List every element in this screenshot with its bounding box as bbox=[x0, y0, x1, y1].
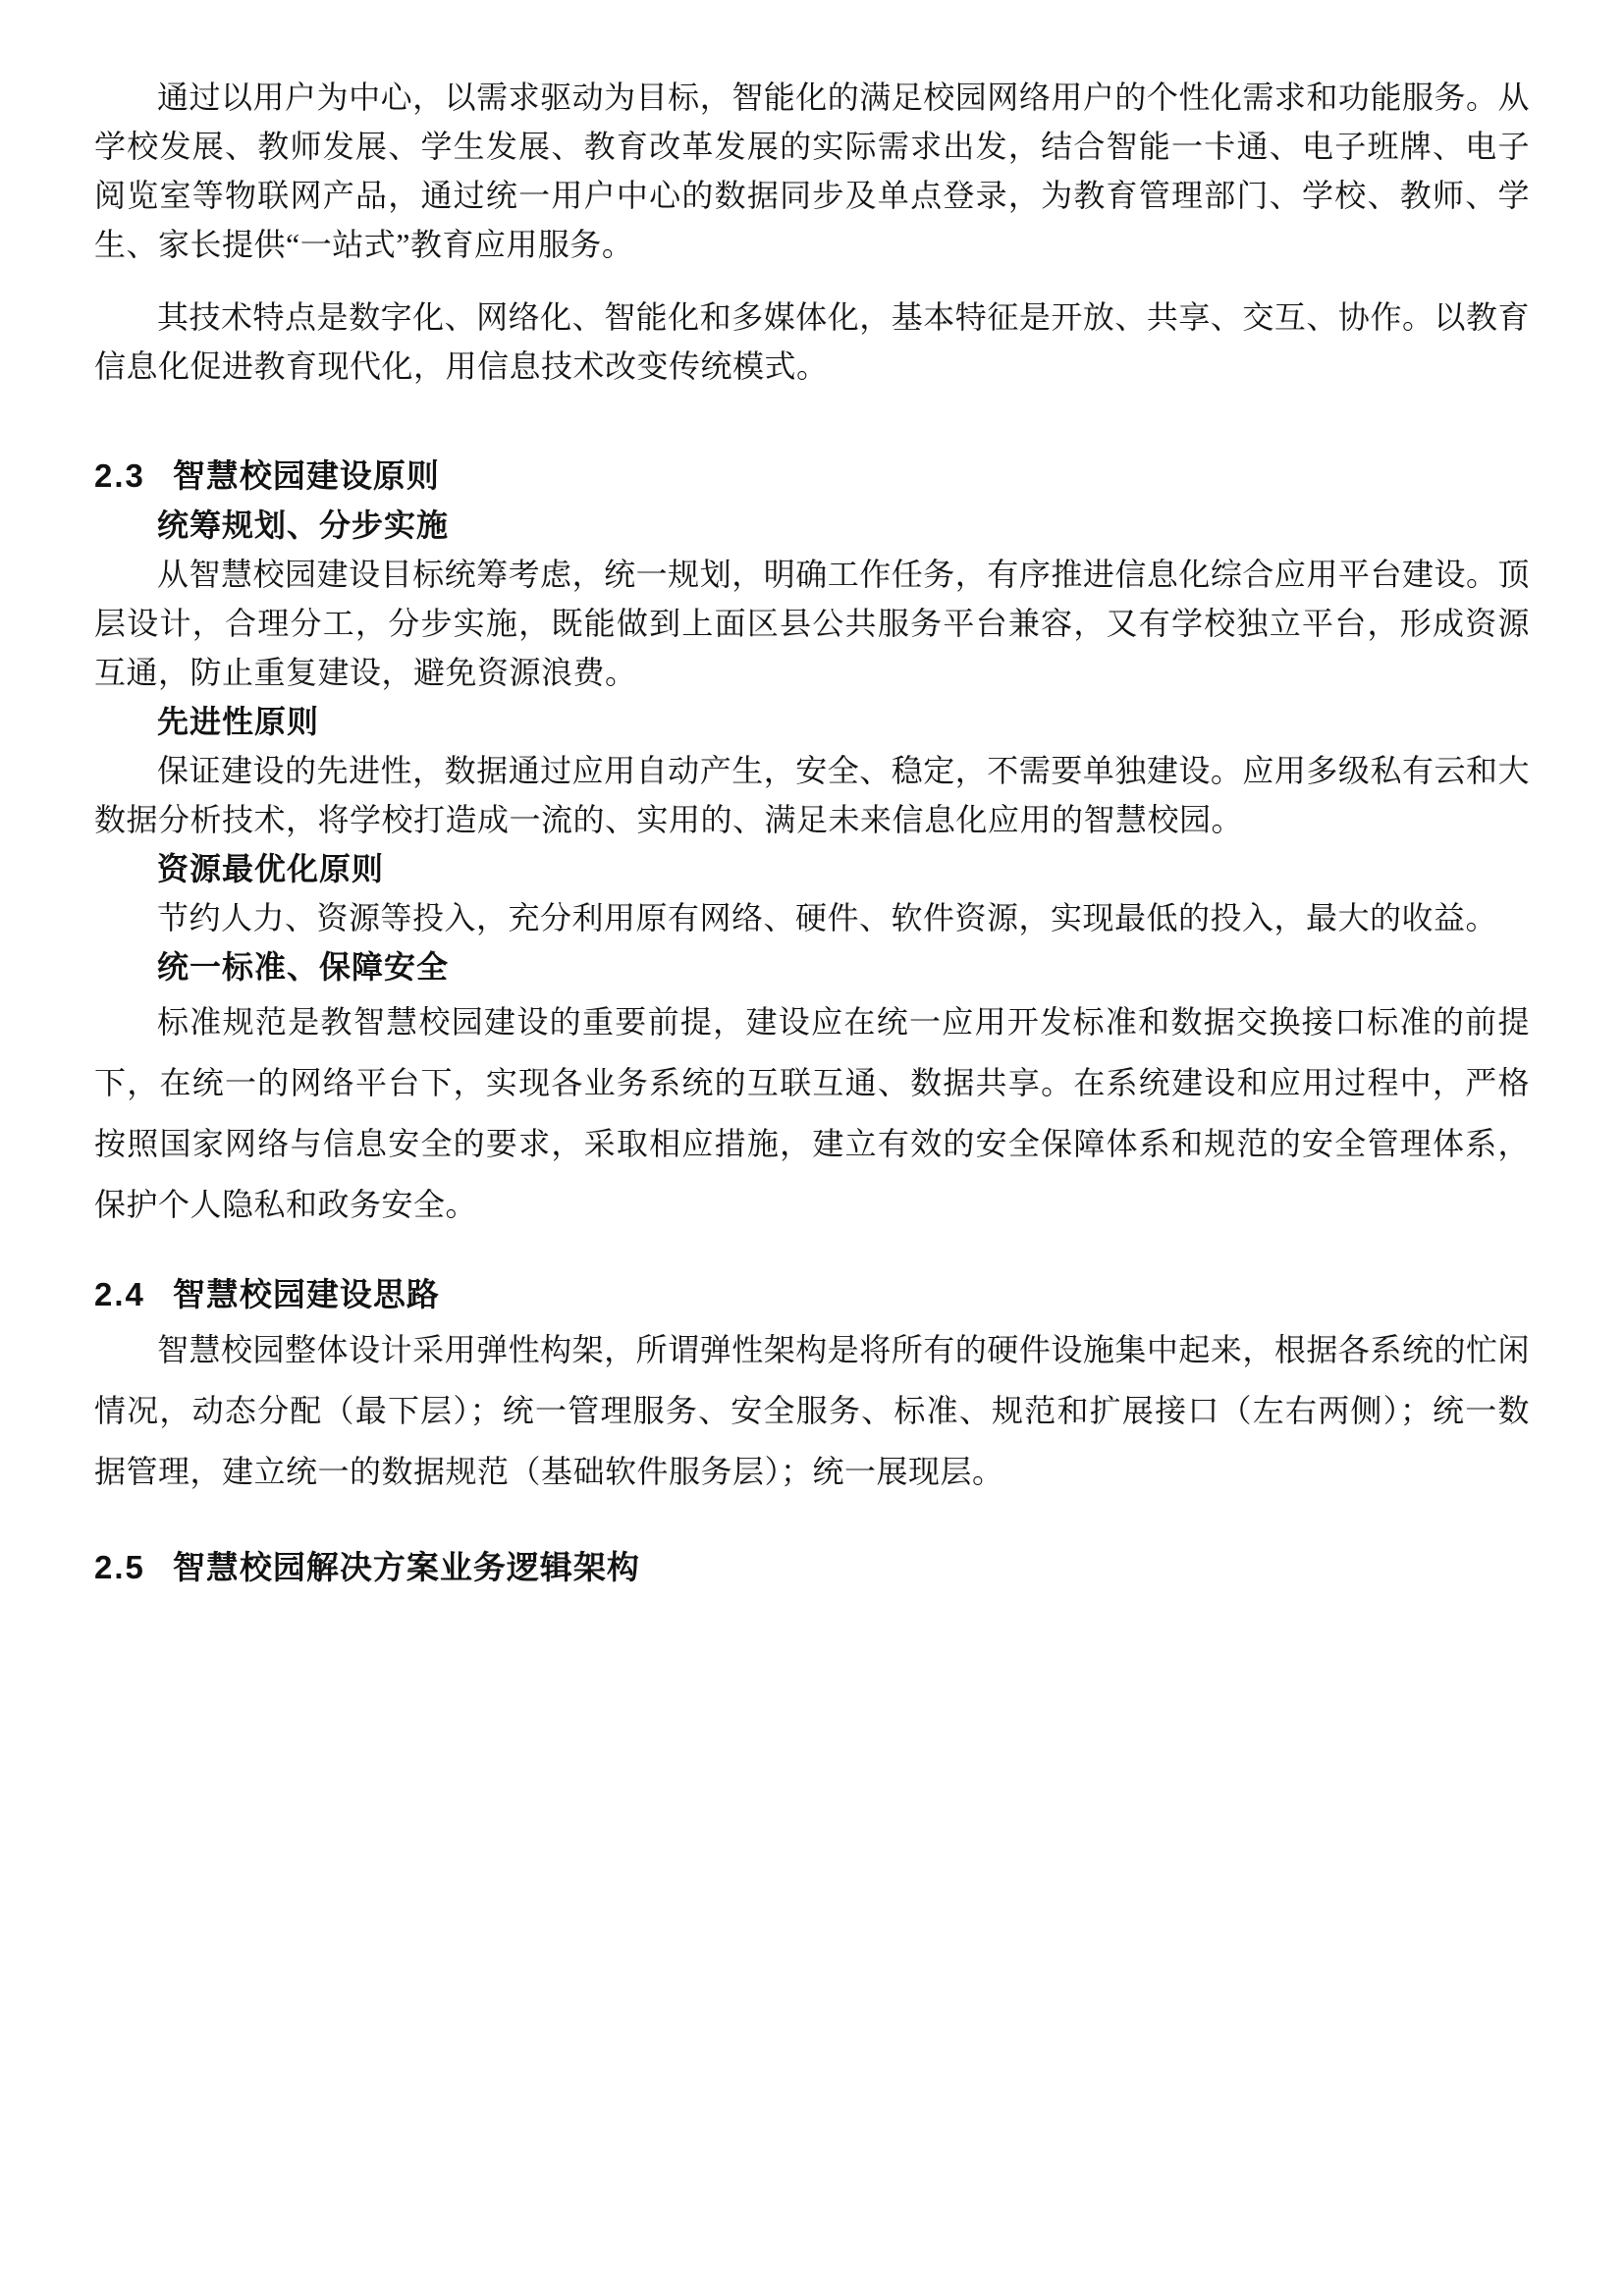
subheading-unified-standards-security: 统一标准、保障安全 bbox=[157, 942, 1530, 991]
section-2-4-number: 2.4 bbox=[94, 1270, 145, 1319]
paragraph-resource-optimization: 节约人力、资源等投入，充分利用原有网络、硬件、软件资源，实现最低的投入，最大的收… bbox=[94, 893, 1530, 942]
section-2-4-heading: 2.4智慧校园建设思路 bbox=[94, 1270, 1530, 1319]
section-2-3-heading: 2.3智慧校园建设原则 bbox=[94, 452, 1530, 501]
section-2-3-title: 智慧校园建设原则 bbox=[173, 457, 440, 494]
document-page: 通过以用户为中心，以需求驱动为目标，智能化的满足校园网络用户的个性化需求和功能服… bbox=[0, 0, 1624, 2296]
subheading-resource-optimization: 资源最优化原则 bbox=[157, 844, 1530, 893]
section-2-4-title: 智慧校园建设思路 bbox=[173, 1276, 440, 1312]
intro-paragraph-2: 其技术特点是数字化、网络化、智能化和多媒体化，基本特征是开放、共享、交互、协作。… bbox=[94, 293, 1530, 391]
section-2-5-number: 2.5 bbox=[94, 1543, 145, 1592]
subheading-planning-implementation: 统筹规划、分步实施 bbox=[157, 501, 1530, 550]
section-2-5-title: 智慧校园解决方案业务逻辑架构 bbox=[173, 1549, 640, 1585]
paragraph-planning-implementation: 从智慧校园建设目标统筹考虑，统一规划，明确工作任务，有序推进信息化综合应用平台建… bbox=[94, 550, 1530, 697]
subheading-advancement-principle: 先进性原则 bbox=[157, 697, 1530, 746]
section-2-5-heading: 2.5智慧校园解决方案业务逻辑架构 bbox=[94, 1543, 1530, 1592]
section-2-3-number: 2.3 bbox=[94, 452, 145, 501]
paragraph-advancement-principle: 保证建设的先进性，数据通过应用自动产生，安全、稳定，不需要单独建设。应用多级私有… bbox=[94, 746, 1530, 844]
paragraph-construction-approach: 智慧校园整体设计采用弹性构架，所谓弹性架构是将所有的硬件设施集中起来，根据各系统… bbox=[94, 1319, 1530, 1502]
paragraph-unified-standards-security: 标准规范是教智慧校园建设的重要前提，建设应在统一应用开发标准和数据交换接口标准的… bbox=[94, 991, 1530, 1235]
intro-paragraph-1: 通过以用户为中心，以需求驱动为目标，智能化的满足校园网络用户的个性化需求和功能服… bbox=[94, 73, 1530, 269]
